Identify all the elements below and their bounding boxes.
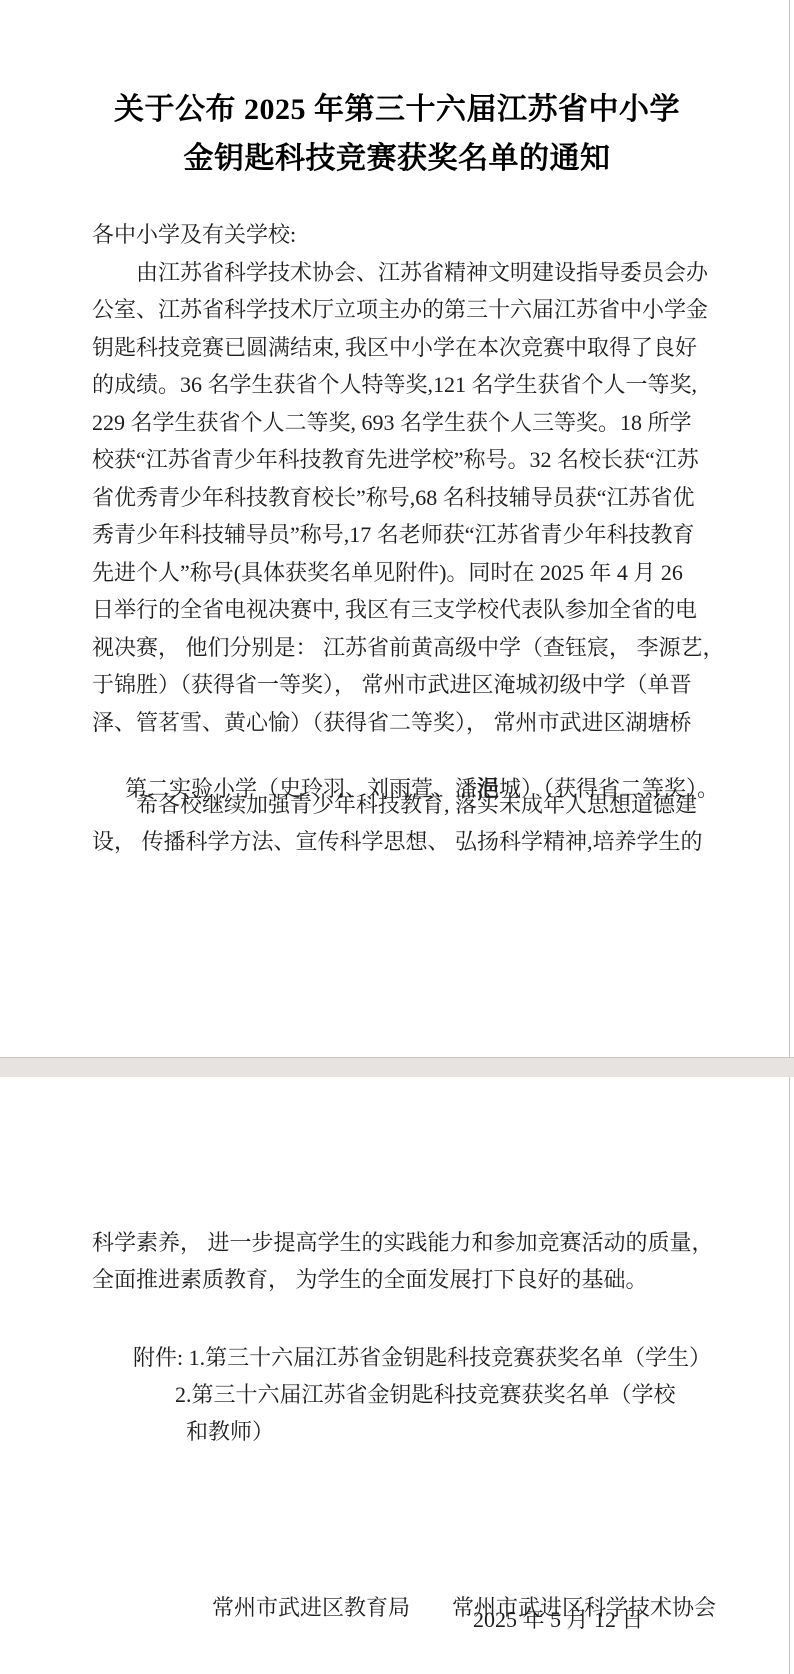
page-edge-line — [789, 0, 790, 1674]
document-title-line-1: 关于公布 2025 年第三十六届江苏省中小学 — [0, 84, 794, 128]
body-line: 的成绩。36 名学生获省个人特等奖,121 名学生获省个人一等奖, — [92, 370, 697, 399]
attachment-line-3: 和教师） — [186, 1417, 274, 1446]
body-line: 由江苏省科学技术协会、江苏省精神文明建设指导委员会办 — [136, 258, 708, 287]
body-line: 全面推进素质教育， 为学生的全面发展打下良好的基础。 — [92, 1265, 648, 1294]
body-line: 秀青少年科技辅导员”称号,17 名老师获“江苏省青少年科技教育 — [92, 520, 695, 549]
signature-org-education-bureau: 常州市武进区教育局 — [212, 1595, 410, 1620]
attachment-line-2: 2.第三十六届江苏省金钥匙科技竞赛获奖名单（学校 — [175, 1380, 676, 1409]
body-line: 公室、江苏省科学技术厅立项主办的第三十六届江苏省中小学金 — [92, 295, 708, 324]
salutation-line: 各中小学及有关学校: — [92, 220, 296, 249]
body-line: 科学素养， 进一步提高学生的实践能力和参加竞赛活动的质量， — [92, 1228, 714, 1257]
document-date: 2025 年 5 月 12 日 — [473, 1605, 644, 1634]
body-line: 视决赛， 他们分别是： 江苏省前黄高级中学（查钰宸， 李源艺， — [92, 633, 725, 662]
body-line: 于锦胜）（获得省一等奖）， 常州市武进区淹城初级中学（单晋 — [92, 670, 692, 699]
attachment-line-1: 附件: 1.第三十六届江苏省金钥匙科技竞赛获奖名单（学生） — [133, 1343, 711, 1372]
body-line: 229 名学生获省个人二等奖, 693 名学生获个人三等奖。18 所学 — [92, 408, 692, 437]
body-line: 先进个人”称号(具体获奖名单见附件)。同时在 2025 年 4 月 26 — [92, 558, 683, 587]
body-line: 校获“江苏省青少年科技教育先进学校”称号。32 名校长获“江苏 — [92, 445, 699, 474]
body-line: 希各校继续加强青少年科技教育, 落实未成年人思想道德建 — [136, 790, 697, 819]
document-title-line-2: 金钥匙科技竞赛获奖名单的通知 — [0, 133, 794, 177]
body-line: 钥匙科技竞赛已圆满结束, 我区中小学在本次竞赛中取得了良好 — [92, 333, 697, 362]
body-line: 泽、管茗雪、黄心愉）（获得省二等奖）， 常州市武进区湖塘桥 — [92, 708, 692, 737]
document-viewer: 关于公布 2025 年第三十六届江苏省中小学 金钥匙科技竞赛获奖名单的通知 各中… — [0, 0, 794, 1674]
page-break-gap — [0, 1057, 794, 1077]
body-line: 日举行的全省电视决赛中, 我区有三支学校代表队参加全省的电 — [92, 595, 697, 624]
document-page-1: 关于公布 2025 年第三十六届江苏省中小学 金钥匙科技竞赛获奖名单的通知 各中… — [0, 0, 794, 1057]
body-line: 设， 传播科学方法、宣传科学思想、 弘扬科学精神,培养学生的 — [92, 827, 703, 856]
body-line: 省优秀青少年科技教育校长”称号,68 名科技辅导员获“江苏省优 — [92, 483, 695, 512]
